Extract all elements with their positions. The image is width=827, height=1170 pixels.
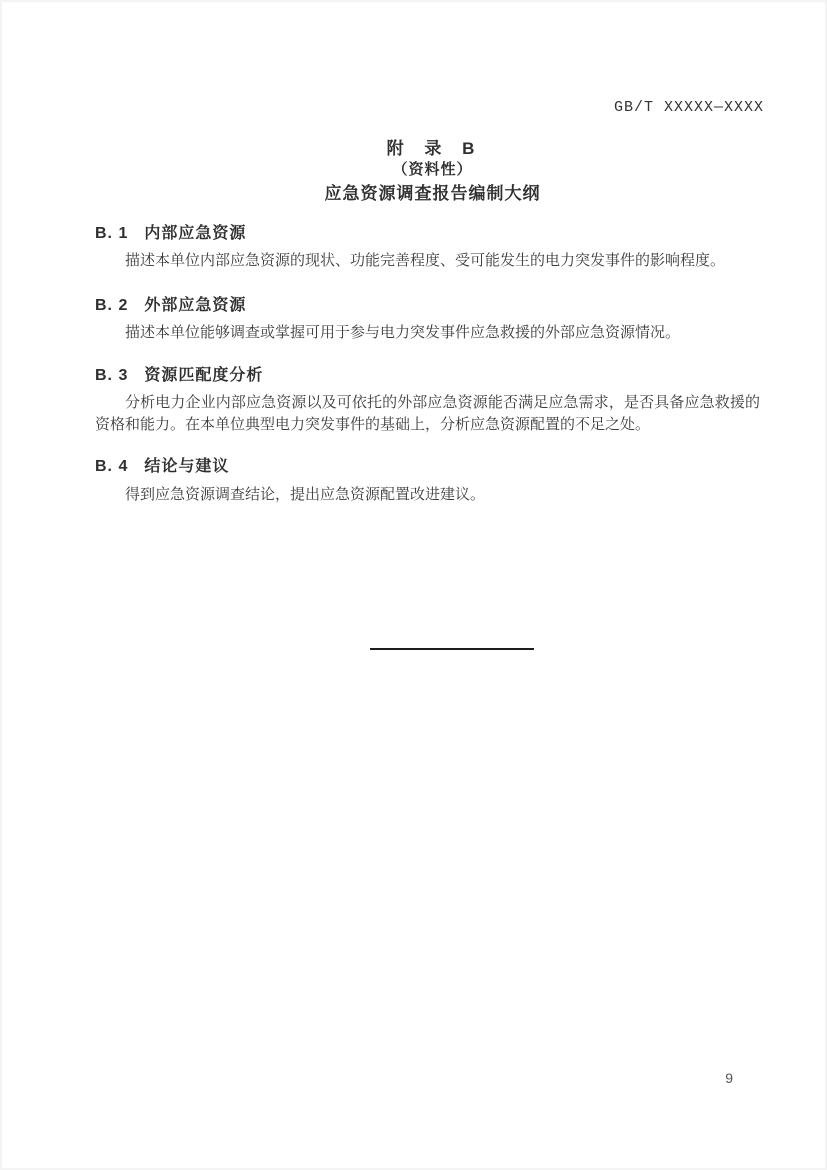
section-title: 内部应急资源: [144, 220, 246, 243]
section-heading-b4: B. 4 结论与建议: [95, 453, 229, 476]
section-title: 外部应急资源: [144, 292, 246, 315]
section-title: 资源匹配度分析: [144, 362, 263, 385]
appendix-title: 附 录 B: [95, 134, 770, 159]
page-number: 9: [725, 1070, 733, 1086]
section-body-b1: 描述本单位内部应急资源的现状、功能完善程度、受可能发生的电力突发事件的影响程度。: [95, 250, 760, 272]
section-body-b4: 得到应急资源调查结论，提出应急资源配置改进建议。: [95, 484, 760, 506]
section-number: B. 1: [95, 225, 128, 243]
section-body-b3: 分析电力企业内部应急资源以及可依托的外部应急资源能否满足应急需求，是否具备应急救…: [95, 392, 760, 436]
section-heading-b2: B. 2 外部应急资源: [95, 292, 246, 315]
section-body-b2: 描述本单位能够调查或掌握可用于参与电力突发事件应急救援的外部应急资源情况。: [95, 322, 760, 344]
section-title: 结论与建议: [144, 453, 229, 476]
end-of-text-rule: [370, 648, 534, 650]
section-number: B. 4: [95, 458, 128, 476]
appendix-subtitle: （资料性）: [95, 158, 770, 179]
appendix-outline-title: 应急资源调查报告编制大纲: [95, 179, 770, 204]
standard-code-header: GB/T XXXXX—XXXX: [614, 99, 764, 116]
section-heading-b3: B. 3 资源匹配度分析: [95, 362, 263, 385]
document-page: GB/T XXXXX—XXXX 附 录 B （资料性） 应急资源调查报告编制大纲…: [0, 0, 827, 1170]
section-number: B. 2: [95, 297, 128, 315]
section-heading-b1: B. 1 内部应急资源: [95, 220, 246, 243]
section-number: B. 3: [95, 367, 128, 385]
